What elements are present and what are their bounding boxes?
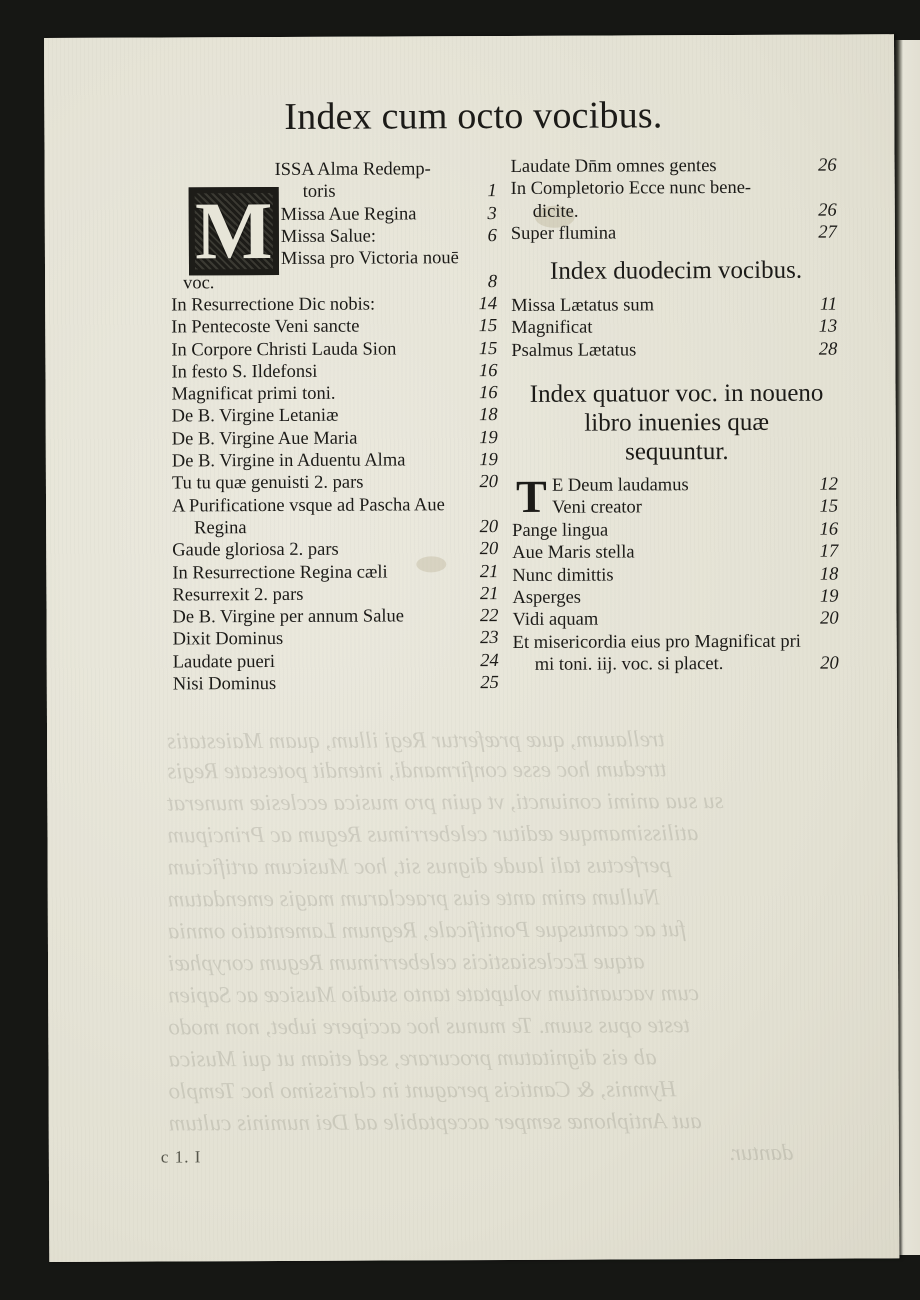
index-entry: In Completorio Ecce nunc bene- <box>511 177 841 201</box>
entry-page: 22 <box>480 605 503 627</box>
index-entry: Laudate Dn̄m omnes gentes26 <box>511 155 841 179</box>
entry-page: 11 <box>820 294 841 316</box>
entry-title: mi toni. iij. voc. si placet. <box>535 653 724 676</box>
heading-line: Index quatuor voc. in noueno <box>511 379 841 409</box>
entry-title: Super flumina <box>511 222 616 245</box>
bleed-through-text: teste opus suum. Te munus hoc accipere i… <box>168 1011 690 1041</box>
entry-title: De B. Virgine Letaniæ <box>172 405 339 428</box>
bleed-through-text: ttredum hoc esse confirmandi, intendit p… <box>167 755 666 785</box>
entry-page: 17 <box>820 541 843 563</box>
entry-title: Aue Maris stella <box>512 542 634 565</box>
entry-page <box>839 630 843 652</box>
entry-title: In Pentecoste Veni sancte <box>171 316 359 339</box>
entry-page: 25 <box>480 672 503 694</box>
index-entry: toris 1 <box>281 180 501 203</box>
entry-title: ISSA Alma Redemp- <box>275 158 431 181</box>
entry-title: Tu tu quæ genuisti 2. pars <box>172 472 364 495</box>
bleed-through-text: atilissimamque æditur celeberrimus Regum… <box>167 819 698 849</box>
index-entry: Regina20 <box>172 516 502 540</box>
entry-page: 16 <box>479 382 502 404</box>
entry-title: Magnificat <box>511 317 592 340</box>
entry-title: voc. <box>183 272 214 294</box>
entry-page: 3 <box>487 203 500 225</box>
index-entry: Missa Lætatus sum11 <box>511 294 841 318</box>
entry-title: Dixit Dominus <box>173 628 284 651</box>
index-entry: Aue Maris stella17 <box>512 541 842 565</box>
index-entry: De B. Virgine Letaniæ18 <box>172 404 502 428</box>
entry-title: Et misericordia eius pro Magnificat pri <box>513 630 801 654</box>
entry-title: Psalmus Lætatus <box>511 339 636 362</box>
entry-page: 16 <box>820 519 843 541</box>
entry-title: In Corpore Christi Lauda Sion <box>171 338 396 361</box>
entry-title: In Resurrectione Dic nobis: <box>171 294 375 317</box>
entry-page: 20 <box>820 652 843 674</box>
index-entry: E Deum laudamus12 <box>552 474 842 498</box>
bleed-through-text: cum vacuantium voluptate tanto studio Mu… <box>168 979 699 1009</box>
entry-title: Nisi Dominus <box>173 673 276 696</box>
entry-title: Vidi aquam <box>512 609 598 632</box>
entry-title: toris <box>303 181 336 203</box>
entry-page: 15 <box>479 315 502 337</box>
index-entry: De B. Virgine Aue Maria19 <box>172 427 502 451</box>
entry-page: 15 <box>479 338 502 360</box>
index-entry: In Corpore Christi Lauda Sion15 <box>171 338 501 362</box>
entry-page: 26 <box>818 155 841 177</box>
entry-page: 27 <box>818 221 841 243</box>
entry-title: Missa Lætatus sum <box>511 295 654 318</box>
entry-title: Gaude gloriosa 2. pars <box>172 539 339 562</box>
entry-page: 16 <box>479 360 502 382</box>
entry-page: 18 <box>479 404 502 426</box>
entry-title: Regina <box>194 517 247 540</box>
bleed-through-text: atque Ecclesiasticis celeberrimum Regum … <box>168 947 645 977</box>
entry-page: 24 <box>480 650 503 672</box>
bleed-through-text: fut ac cantusque Pontificale, Regnum Lam… <box>168 915 686 945</box>
index-entry: ISSA Alma Redemp- <box>275 158 501 181</box>
index-entry: Magnificat13 <box>511 316 841 340</box>
index-entry: Missa pro Victoria nouē <box>281 247 501 270</box>
index-entry: De B. Virgine in Aduentu Alma19 <box>172 449 502 473</box>
index-left-column: M ISSA Alma Redemp- toris 1 Missa Aue Re… <box>171 158 503 696</box>
index-entries-eight-voices: In Resurrectione Dic nobis:14 In Penteco… <box>171 293 503 696</box>
bleed-through-text: su sua animi coniuncti, vt quin pro musi… <box>167 787 723 817</box>
entry-title: De B. Virgine in Aduentu Alma <box>172 450 406 473</box>
entry-title: In festo S. Ildefonsi <box>171 361 317 384</box>
index-entry: Pange lingua16 <box>512 519 842 543</box>
twelve-voice-entries: Missa Lætatus sum11 Magnificat13 Psalmus… <box>511 294 841 362</box>
four-voice-entries: Pange lingua16 Aue Maris stella17 Nunc d… <box>512 519 843 677</box>
bleed-through-text: aut Antiphonæ semper acceptabile ad Dei … <box>169 1107 702 1137</box>
entry-page: 21 <box>480 583 503 605</box>
index-entry: Dixit Dominus23 <box>173 627 503 651</box>
index-entry: In festo S. Ildefonsi16 <box>171 360 501 384</box>
entry-title: De B. Virgine per annum Salue <box>172 606 404 629</box>
index-entry: Missa Aue Regina 3 <box>281 203 501 226</box>
bleed-through-text: trellauum, quæ præfertur Regi illum, qua… <box>167 725 665 755</box>
index-entry: Psalmus Lætatus28 <box>511 338 841 362</box>
index-entry: De B. Virgine per annum Salue22 <box>172 605 502 629</box>
index-right-column: Laudate Dn̄m omnes gentes26 In Completor… <box>511 155 843 677</box>
heading-line: libro inuenies quæ <box>512 408 842 438</box>
bleed-through-text: perfectus tali laude dignus sit, hoc Mus… <box>168 851 672 881</box>
entry-page: 20 <box>480 538 503 560</box>
index-entry: In Resurrectione Regina cæli21 <box>172 561 502 585</box>
entry-title: Magnificat primi toni. <box>172 383 336 406</box>
entry-page: 14 <box>479 293 502 315</box>
index-entry: Et misericordia eius pro Magnificat pri <box>513 630 843 654</box>
bleed-through-text: Hymnis, & Canticis peragunt in clarissim… <box>169 1075 677 1105</box>
entry-page: 18 <box>820 563 843 585</box>
entry-page: 6 <box>488 225 501 247</box>
index-entry: Asperges19 <box>512 585 842 609</box>
entry-page: 20 <box>820 608 843 630</box>
index-entry: Laudate pueri24 <box>173 650 503 674</box>
index-entry: Gaude gloriosa 2. pars20 <box>172 538 502 562</box>
entry-page: 23 <box>480 627 503 649</box>
index-entry: Resurrexit 2. pars21 <box>172 583 502 607</box>
index-entry: Super flumina27 <box>511 221 841 245</box>
entry-page: 19 <box>820 585 843 607</box>
entry-page: 20 <box>479 471 502 493</box>
entry-page: 19 <box>479 427 502 449</box>
index-entry: In Pentecoste Veni sancte15 <box>171 315 501 339</box>
index-entry: Veni creator15 <box>552 496 842 520</box>
entry-title: Veni creator <box>552 497 642 520</box>
entry-page: 12 <box>819 474 842 496</box>
page-title: Index cum octo vocibus. <box>284 93 662 139</box>
entry-title: Missa Salue: <box>281 225 376 248</box>
index-entry: Vidi aquam20 <box>512 608 842 632</box>
entry-page: 19 <box>479 449 502 471</box>
entry-page <box>497 158 501 180</box>
bleed-through-text: ab eis dignitatum procurare, sed etiam u… <box>168 1043 656 1073</box>
entry-page: 20 <box>480 516 503 538</box>
drop-cap-t: T <box>516 475 547 519</box>
entry-page <box>497 247 501 269</box>
entry-page: 13 <box>819 316 842 338</box>
drop-cap-block: M ISSA Alma Redemp- toris 1 Missa Aue Re… <box>171 158 502 294</box>
drop-cap-block: T E Deum laudamus12 Veni creator15 <box>512 474 842 520</box>
drop-cap-letter: M <box>195 190 273 272</box>
index-entry: Nunc dimittis18 <box>512 563 842 587</box>
entry-title: Resurrexit 2. pars <box>172 584 303 607</box>
entry-title: E Deum laudamus <box>552 474 689 497</box>
index-entry: Magnificat primi toni.16 <box>172 382 502 406</box>
entry-title: In Completorio Ecce nunc bene- <box>511 177 752 200</box>
entry-title: Nunc dimittis <box>512 564 613 587</box>
drop-cap-entries: E Deum laudamus12 Veni creator15 <box>552 474 842 520</box>
index-entry: A Purificatione vsque ad Pascha Aue <box>172 494 502 518</box>
index-entry: Missa Salue: 6 <box>281 225 501 248</box>
bleed-through-text: Nullum enim ante eius praeclarum magis e… <box>168 883 660 913</box>
heading-line: sequuntur. <box>512 437 842 467</box>
entry-title: A Purificatione vsque ad Pascha Aue <box>172 494 445 517</box>
entry-page: 26 <box>818 199 841 221</box>
section-heading-twelve-voices: Index duodecim vocibus. <box>511 256 841 287</box>
continued-eight-voice-entries: Laudate Dn̄m omnes gentes26 In Completor… <box>511 155 841 246</box>
entry-page: 28 <box>819 338 842 360</box>
entry-title: Laudate Dn̄m omnes gentes <box>511 155 717 178</box>
index-entry: In Resurrectione Dic nobis:14 <box>171 293 501 317</box>
book-page: trellauum, quæ præfertur Regi illum, qua… <box>44 34 899 1262</box>
entry-title: Missa Aue Regina <box>281 203 417 226</box>
entry-page: 21 <box>480 561 503 583</box>
section-heading-four-voices: Index quatuor voc. in noueno libro inuen… <box>511 379 841 467</box>
ornamental-drop-cap-m: M <box>189 187 279 275</box>
entry-title: dicite. <box>533 200 579 222</box>
index-entry: voc. 8 <box>183 271 501 295</box>
entry-page: 8 <box>488 271 501 293</box>
entry-title: Missa pro Victoria nouē <box>281 247 459 270</box>
folio-signature: c 1. I <box>161 1147 202 1167</box>
entry-page <box>498 494 502 516</box>
index-entry: Nisi Dominus25 <box>173 672 503 696</box>
entry-page: 1 <box>487 180 500 202</box>
index-entry: dicite.26 <box>511 199 841 223</box>
entry-title: Pange lingua <box>512 520 608 543</box>
entry-page <box>837 177 841 199</box>
entry-title: Asperges <box>512 587 581 610</box>
entry-title: In Resurrectione Regina cæli <box>172 561 387 584</box>
entry-page: 15 <box>820 496 843 518</box>
adjacent-page-edge <box>895 40 920 1255</box>
index-entry: mi toni. iij. voc. si placet.20 <box>513 652 843 676</box>
bleed-through-text: dantur. <box>729 1139 794 1167</box>
entry-title: De B. Virgine Aue Maria <box>172 427 358 450</box>
drop-cap-entries: ISSA Alma Redemp- toris 1 Missa Aue Regi… <box>281 158 501 270</box>
entry-title: Laudate pueri <box>173 651 275 674</box>
index-entry: Tu tu quæ genuisti 2. pars20 <box>172 471 502 495</box>
